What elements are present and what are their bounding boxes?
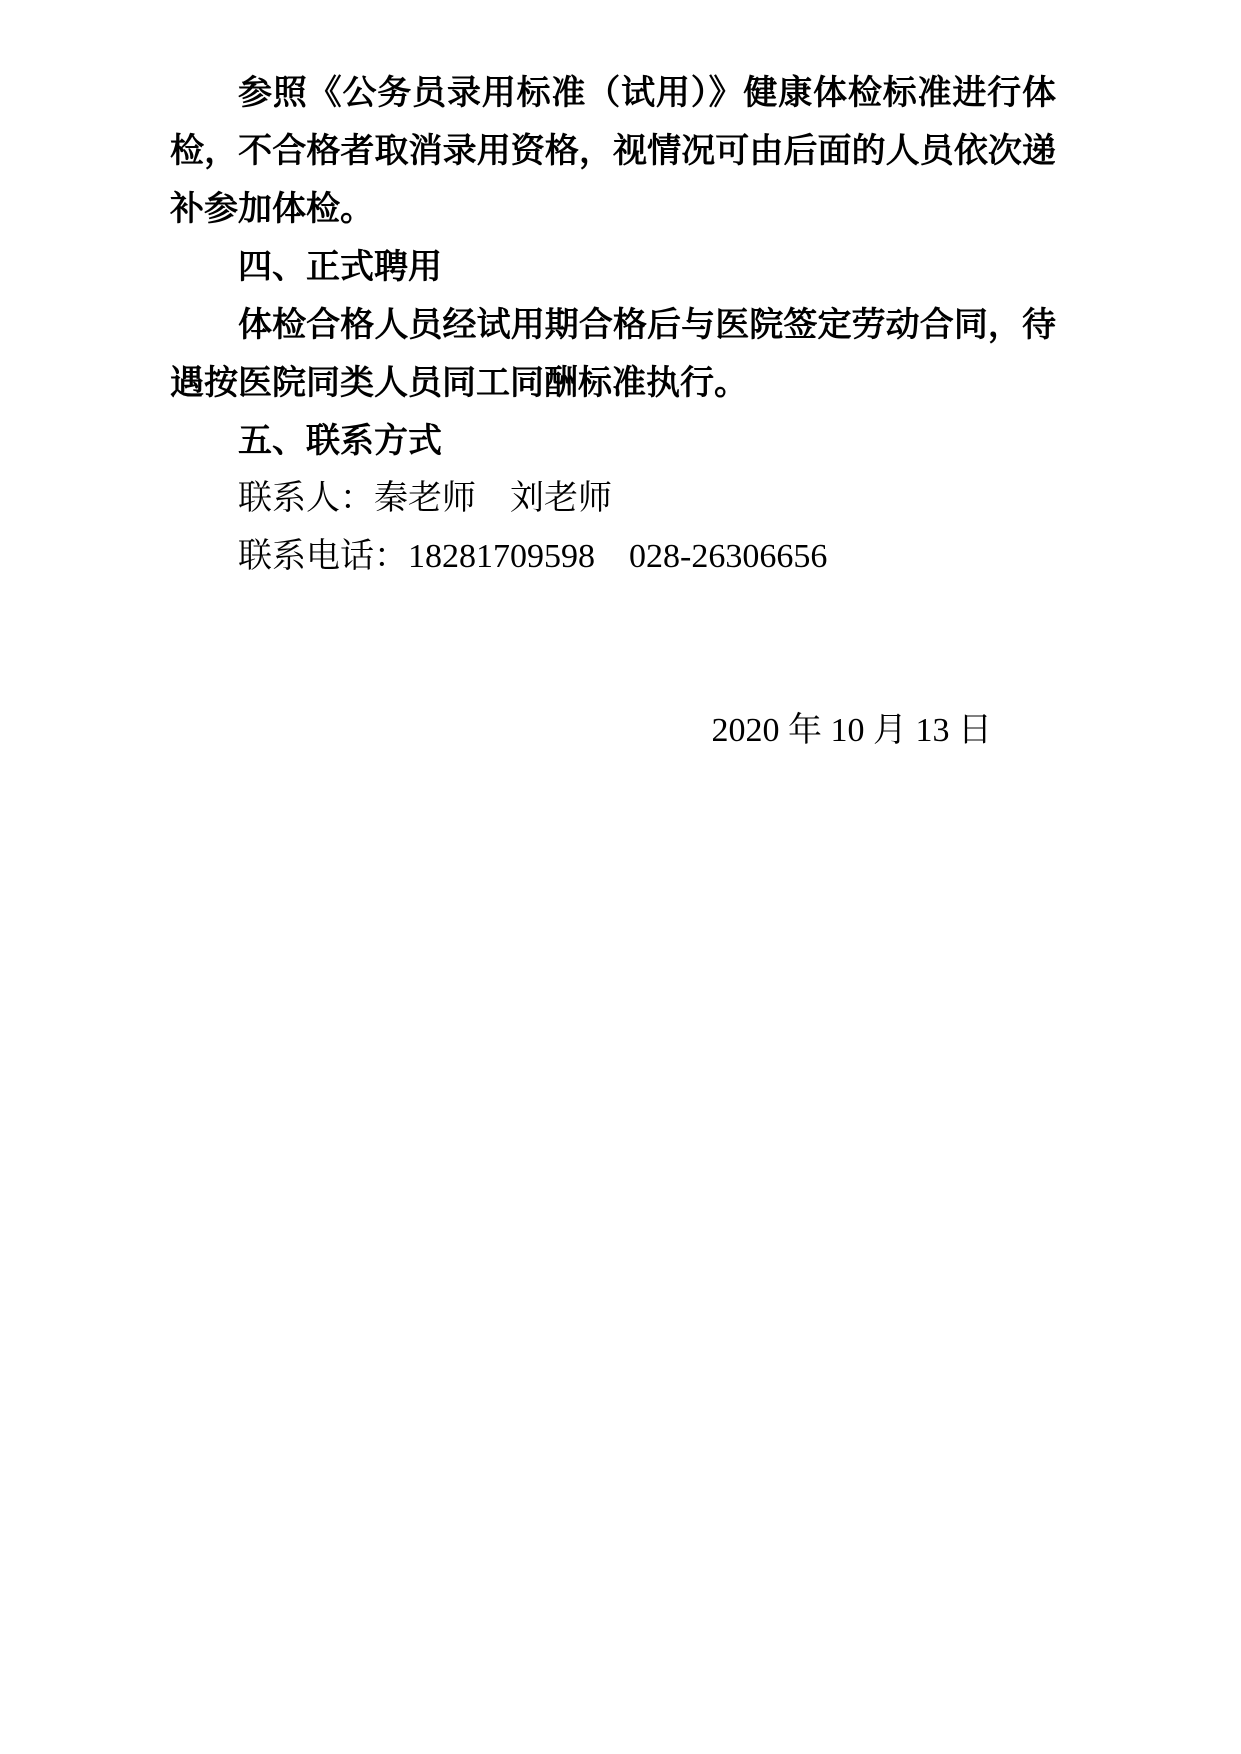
section-heading-formal-employment: 四、正式聘用 [170, 238, 1056, 296]
section-heading-contact-info: 五、联系方式 [170, 412, 1056, 470]
date-line: 2020 年 10 月 13 日 [170, 702, 1056, 760]
paragraph-employment-terms: 体检合格人员经试用期合格后与医院签定劳动合同，待遇按医院同类人员同工同酬标准执行… [170, 296, 1056, 412]
document-page: 参照《公务员录用标准（试用）》健康体检标准进行体检，不合格者取消录用资格，视情况… [0, 0, 1241, 1754]
paragraph-medical-exam: 参照《公务员录用标准（试用）》健康体检标准进行体检，不合格者取消录用资格，视情况… [170, 64, 1056, 238]
contact-phone-line: 联系电话：18281709598 028-26306656 [170, 528, 1056, 586]
contact-person-line: 联系人：秦老师 刘老师 [170, 470, 1056, 528]
